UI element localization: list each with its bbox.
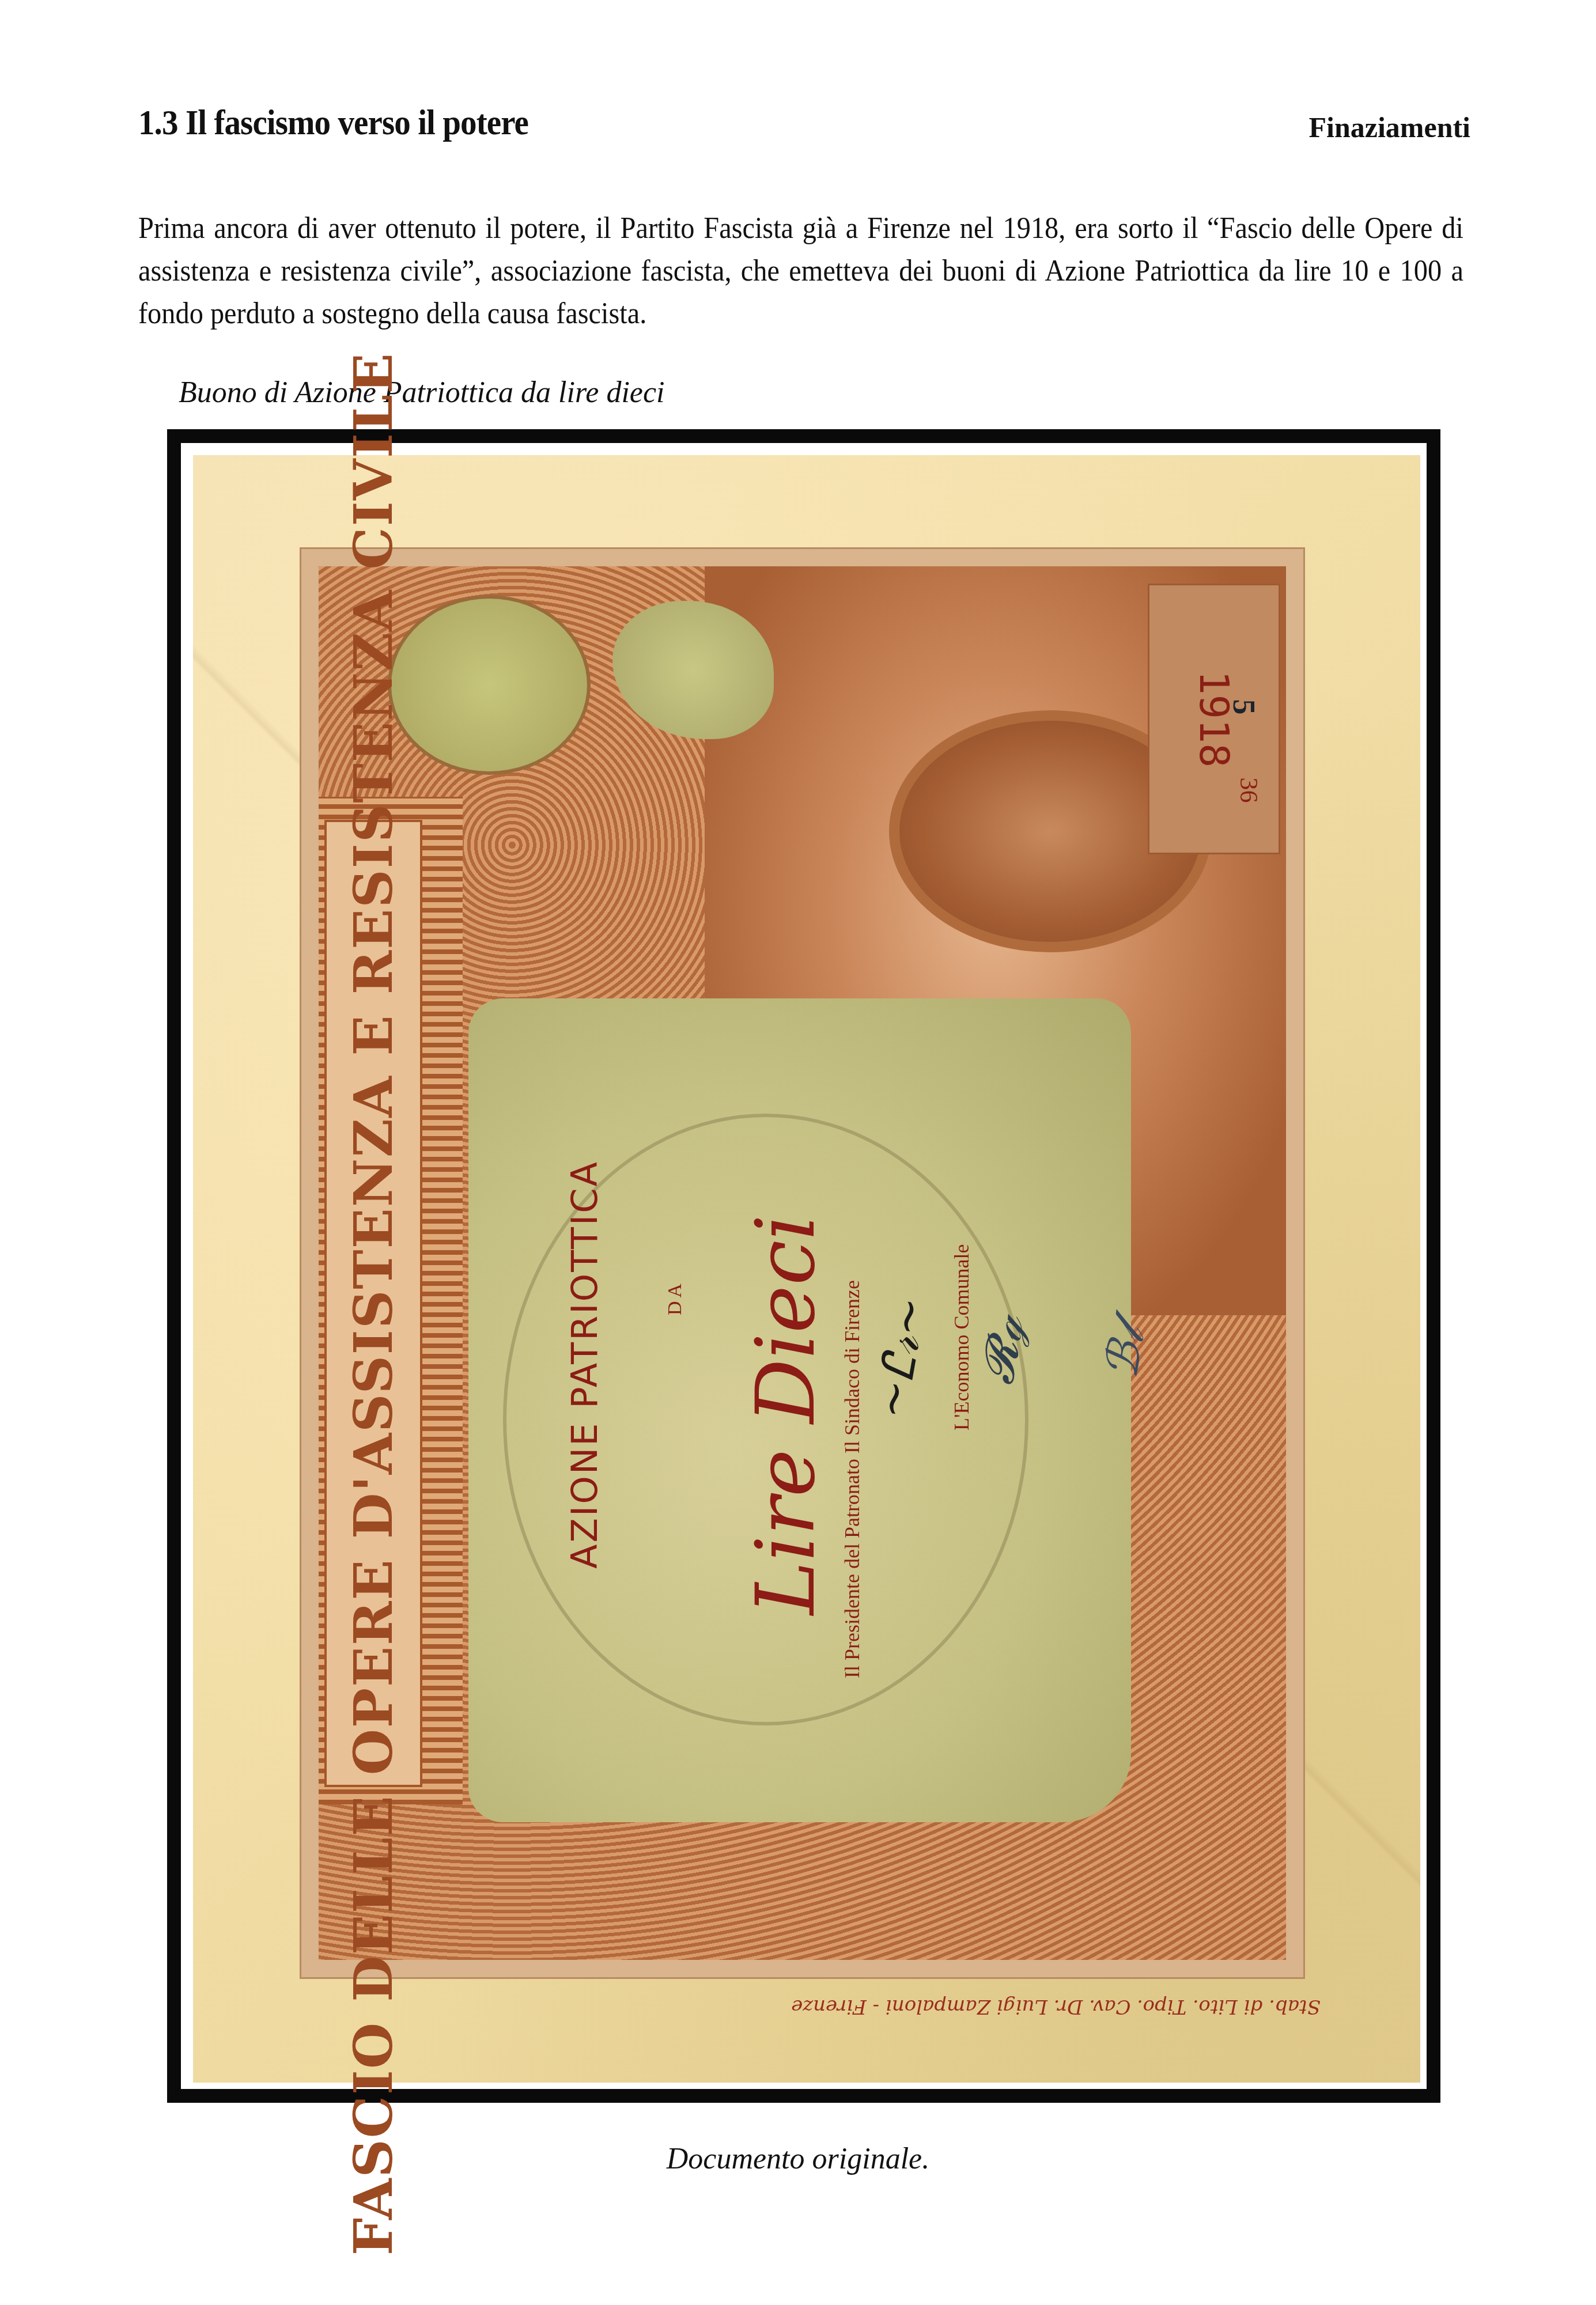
banknote-da: DA [664, 1280, 686, 1315]
section-tag: Finaziamenti [1308, 111, 1470, 144]
banknote-title: AZIONE PATRIOTTICA [563, 1160, 606, 1569]
economo-label: L'Economo Comunale [950, 1244, 974, 1430]
banknote-value: Lire Dieci [739, 1214, 833, 1615]
signature-pencil: ℬ𝓁 [1094, 1322, 1156, 1382]
figure-caption-bottom: Documento originale. [0, 2142, 1596, 2176]
intro-paragraph: Prima ancora di aver ottenuto il potere,… [138, 207, 1463, 335]
presidente-label: Il Presidente del Patronato [840, 1459, 864, 1678]
fleur-de-lis-medallion-icon [388, 595, 591, 775]
section-title: 1.3 Il fascismo verso il potere [138, 103, 528, 143]
inscription-band: FASCIO DELLE OPERE D'ASSISTENZA E RESIST… [324, 820, 422, 1787]
border-inscription: FASCIO DELLE OPERE D'ASSISTENZA E RESIST… [342, 352, 404, 2255]
sindaco-label: Il Sindaco di Firenze [840, 1280, 864, 1454]
figure-caption-top: Buono di Azione Patriottica da lire diec… [179, 376, 664, 410]
banknote-engraving: FASCIO DELLE OPERE D'ASSISTENZA E RESIST… [300, 547, 1305, 1979]
serial-number: 5 [1226, 699, 1262, 715]
serial-prefix: 36 [1234, 778, 1264, 803]
year-label: 1918 [1190, 671, 1238, 768]
printer-imprint: Stab. di Lito. Tipo. Cav. Dr. Luigi Zamp… [791, 1995, 1321, 2018]
date-serial-box: 1918 5 36 [1148, 584, 1280, 854]
